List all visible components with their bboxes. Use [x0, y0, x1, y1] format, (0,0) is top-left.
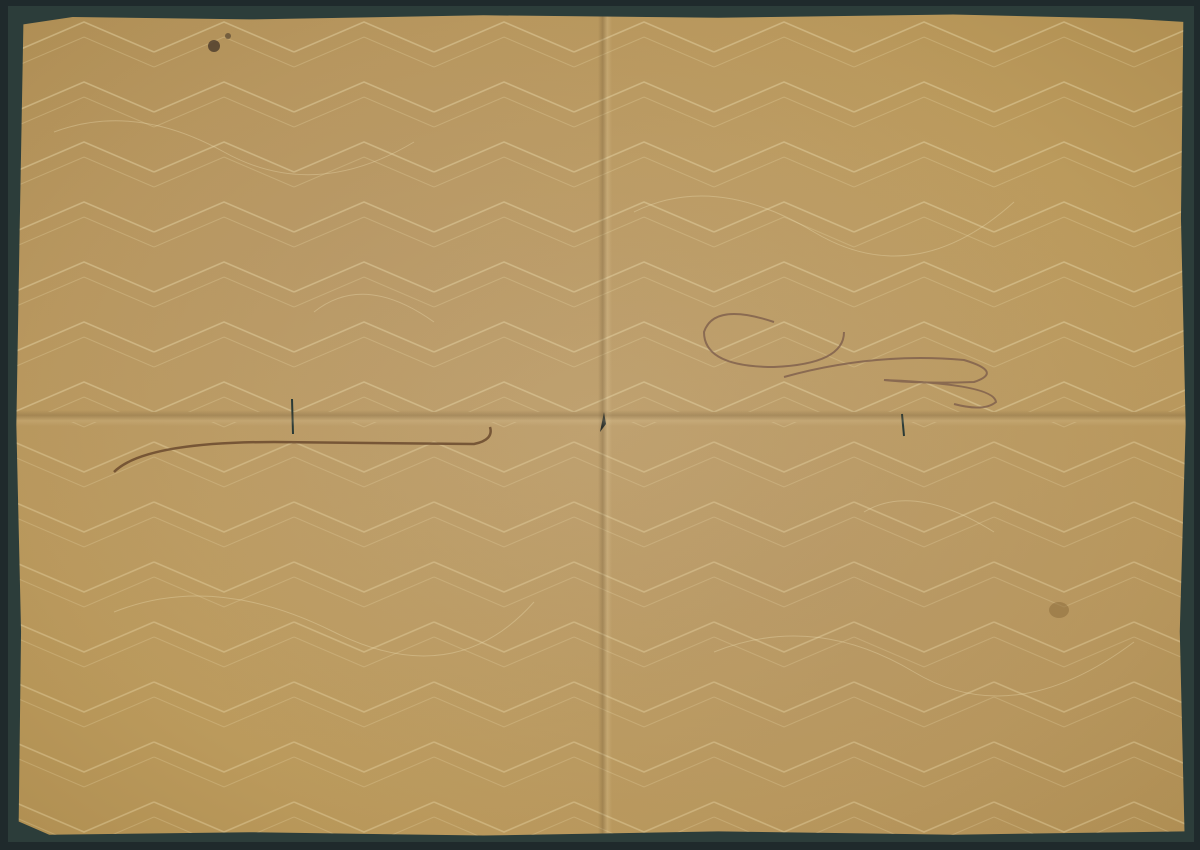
stain-lower-right	[1049, 602, 1069, 618]
aged-paper-document	[14, 12, 1188, 838]
horizontal-fold-line	[14, 410, 1188, 426]
stain-top-left	[208, 40, 220, 52]
